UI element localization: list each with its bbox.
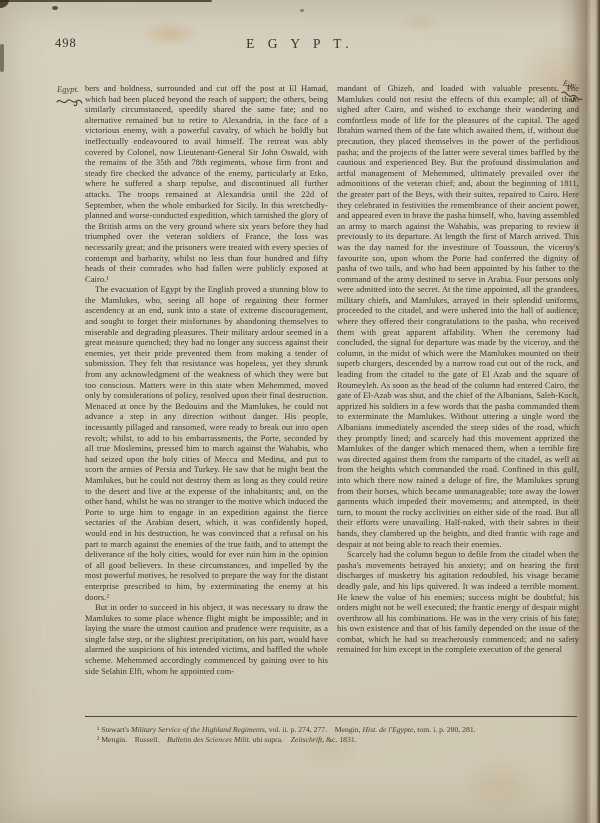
scan-artifact-fleck [300,9,304,12]
book-page: 498 E G Y P T. Egypt. Egy bers and boldn… [0,0,600,823]
flourish-icon [56,95,83,108]
footnote-title-italic: Hist. de l'Egypte [362,725,413,734]
footnote-text-part: ¹ Stewart's [97,725,131,734]
footnote-text-part: ubi supra. [251,735,291,744]
body-paragraph: The evacuation of Egypt by the English p… [85,284,328,602]
scan-artifact-fleck [52,6,58,10]
footnote-1: ¹ Stewart's Military Service of the High… [85,725,577,735]
footnote-2: ² Mengin. Russell. Bulletin des Sciences… [85,735,577,745]
text-columns: bers and boldness, surrounded and cut of… [85,83,579,717]
right-column: mandant of Ghizeh, and loaded with valua… [337,83,579,717]
body-paragraph: bers and boldness, surrounded and cut of… [85,83,328,284]
body-paragraph: But in order to succeed in his object, i… [85,602,328,676]
footnotes: ¹ Stewart's Military Service of the High… [85,725,577,745]
footnote-text-part: , vol. ii. p. 274, 277. Mengin, [265,725,363,734]
body-paragraph: mandant of Ghizeh, and loaded with valua… [337,83,579,549]
footnote-rule [85,716,577,717]
left-column: bers and boldness, surrounded and cut of… [85,83,328,717]
footnote-text-part: ² Mengin. Russell. [97,735,167,744]
scan-artifact-corner [0,0,9,8]
footnote-text-part: , &c. 1831. [322,735,356,744]
scan-artifact-streak [0,0,212,2]
running-title: E G Y P T. [0,36,600,52]
footnote-text-part: , tom. i. p. 280, 281. [413,725,475,734]
footnote-title-italic: Bulletin des Sciences Milit. [167,735,251,744]
footnote-title-italic: Zeitschrift [291,735,323,744]
body-paragraph: Scarcely had the column begun to defile … [337,549,579,655]
footnote-title-italic: Military Service of the Highland Regimen… [131,725,265,734]
margin-note-left: Egypt. [57,84,79,94]
